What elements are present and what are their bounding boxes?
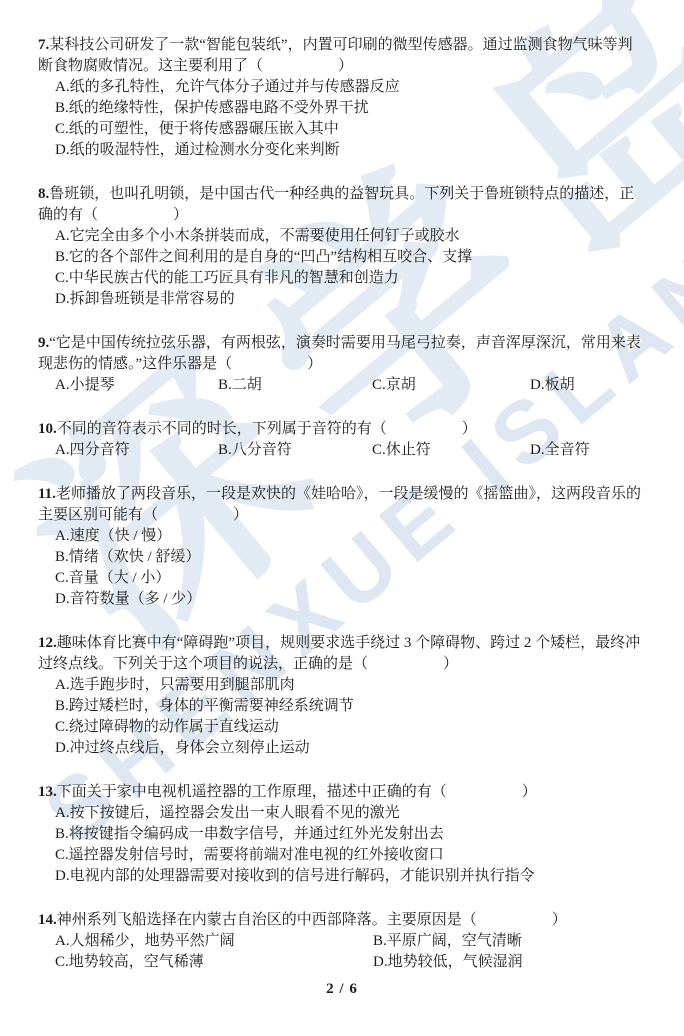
question-11: 11.老师播放了两段音乐，一段是欢快的《娃哈哈》，一段是缓慢的《摇篮曲》，这两段…	[38, 484, 646, 610]
option-d: D.地势较低，气候湿润	[373, 952, 646, 973]
question-number: 7.	[38, 37, 49, 53]
question-stem-text: 某科技公司研发了一款“智能包装纸”，内置可印刷的微型传感器。通过监测食物气味等判…	[38, 37, 633, 74]
option-c: C.纸的可塑性，便于将传感器碾压嵌入其中	[55, 119, 646, 140]
question-number: 13.	[38, 784, 57, 800]
options-group: A.人烟稀少，地势平然广阔 B.平原广阔，空气清晰 C.地势较高，空气稀薄 D.…	[55, 931, 646, 973]
question-stem-text: 下面关于家中电视机遥控器的工作原理，描述中正确的有（ ）	[57, 784, 537, 800]
question-stem-text: “它是中国传统拉弦乐器，有两根弦，演奏时需要用马尾弓拉奏，声音浑厚深沉，常用来表…	[38, 335, 641, 372]
options-group: A.按下按键后，遥控器会发出一束人眼看不见的激光 B.将按键指令编码成一串数字信…	[38, 803, 646, 887]
question-stem: 14.神州系列飞船选择在内蒙古自治区的中西部降落。主要原因是（ ）	[38, 910, 646, 931]
option-d: D.板胡	[530, 375, 646, 396]
options-group: A.小提琴 B.二胡 C.京胡 D.板胡	[55, 375, 646, 396]
exam-page: 深学岛 SHENXUE ISLAND 7.某科技公司研发了一款“智能包装纸”，内…	[0, 0, 684, 1036]
question-7: 7.某科技公司研发了一款“智能包装纸”，内置可印刷的微型传感器。通过监测食物气味…	[38, 35, 646, 161]
option-b: B.跨过矮栏时，身体的平衡需要神经系统调节	[55, 696, 646, 717]
option-a: A.小提琴	[55, 375, 218, 396]
question-number: 11.	[38, 486, 56, 502]
page-footer: 2 / 6	[0, 981, 684, 998]
option-a: A.四分音符	[55, 440, 218, 461]
options-group: A.它完全由多个小木条拼装而成，不需要使用任何钉子或胶水 B.它的各个部件之间利…	[38, 226, 646, 310]
question-9: 9.“它是中国传统拉弦乐器，有两根弦，演奏时需要用马尾弓拉奏，声音浑厚深沉，常用…	[38, 333, 646, 396]
option-b: B.二胡	[218, 375, 372, 396]
question-stem: 12.趣味体育比赛中有“障碍跑”项目，规则要求选手绕过 3 个障碍物、跨过 2 …	[38, 633, 646, 675]
question-stem-text: 老师播放了两段音乐，一段是欢快的《娃哈哈》，一段是缓慢的《摇篮曲》，这两段音乐的…	[38, 486, 641, 523]
option-b: B.纸的绝缘特性，保护传感器电路不受外界干扰	[55, 98, 646, 119]
question-stem: 9.“它是中国传统拉弦乐器，有两根弦，演奏时需要用马尾弓拉奏，声音浑厚深沉，常用…	[38, 333, 646, 375]
option-b: B.八分音符	[218, 440, 372, 461]
option-a: A.它完全由多个小木条拼装而成，不需要使用任何钉子或胶水	[55, 226, 646, 247]
option-a: A.速度（快 / 慢）	[55, 526, 646, 547]
option-d: D.音符数量（多 / 少）	[55, 589, 646, 610]
question-stem-text: 趣味体育比赛中有“障碍跑”项目，规则要求选手绕过 3 个障碍物、跨过 2 个矮栏…	[38, 635, 640, 672]
option-d: D.纸的吸湿特性，通过检测水分变化来判断	[55, 140, 646, 161]
question-number: 9.	[38, 335, 49, 351]
option-a: A.按下按键后，遥控器会发出一束人眼看不见的激光	[55, 803, 646, 824]
options-group: A.纸的多孔特性，允许气体分子通过并与传感器反应 B.纸的绝缘特性，保护传感器电…	[38, 77, 646, 161]
option-c: C.绕过障碍物的动作属于直线运动	[55, 717, 646, 738]
options-group: A.四分音符 B.八分音符 C.休止符 D.全音符	[55, 440, 646, 461]
option-d: D.电视内部的处理器需要对接收到的信号进行解码，才能识别并执行指令	[55, 866, 646, 887]
option-c: C.遥控器发射信号时，需要将前端对准电视的红外接收窗口	[55, 845, 646, 866]
question-8: 8.鲁班锁，也叫孔明锁，是中国古代一种经典的益智玩具。下列关于鲁班锁特点的描述，…	[38, 184, 646, 310]
question-stem-text: 鲁班锁，也叫孔明锁，是中国古代一种经典的益智玩具。下列关于鲁班锁特点的描述，正确…	[38, 186, 634, 223]
page-number: 2 / 6	[326, 981, 358, 997]
question-number: 10.	[38, 421, 57, 437]
option-a: A.人烟稀少，地势平然广阔	[55, 931, 373, 952]
option-b: B.它的各个部件之间利用的是自身的“凹凸”结构相互咬合、支撑	[55, 247, 646, 268]
option-d: D.全音符	[530, 440, 646, 461]
option-c: C.音量（大 / 小）	[55, 568, 646, 589]
option-c: C.地势较高，空气稀薄	[55, 952, 373, 973]
question-number: 12.	[38, 635, 57, 651]
question-13: 13.下面关于家中电视机遥控器的工作原理，描述中正确的有（ ） A.按下按键后，…	[38, 782, 646, 887]
option-c: C.休止符	[372, 440, 530, 461]
questions-list: 7.某科技公司研发了一款“智能包装纸”，内置可印刷的微型传感器。通过监测食物气味…	[0, 0, 684, 973]
question-stem: 11.老师播放了两段音乐，一段是欢快的《娃哈哈》，一段是缓慢的《摇篮曲》，这两段…	[38, 484, 646, 526]
option-a: A.纸的多孔特性，允许气体分子通过并与传感器反应	[55, 77, 646, 98]
option-b: B.平原广阔，空气清晰	[373, 931, 646, 952]
question-stem: 10.不同的音符表示不同的时长，下列属于音符的有（ ）	[38, 419, 646, 440]
option-d: D.冲过终点线后，身体会立刻停止运动	[55, 738, 646, 759]
question-number: 8.	[38, 186, 49, 202]
option-c: C.京胡	[372, 375, 530, 396]
option-c: C.中华民族古代的能工巧匠具有非凡的智慧和创造力	[55, 268, 646, 289]
question-stem: 7.某科技公司研发了一款“智能包装纸”，内置可印刷的微型传感器。通过监测食物气味…	[38, 35, 646, 77]
question-stem: 8.鲁班锁，也叫孔明锁，是中国古代一种经典的益智玩具。下列关于鲁班锁特点的描述，…	[38, 184, 646, 226]
question-stem: 13.下面关于家中电视机遥控器的工作原理，描述中正确的有（ ）	[38, 782, 646, 803]
options-group: A.选手跑步时，只需要用到腿部肌肉 B.跨过矮栏时，身体的平衡需要神经系统调节 …	[38, 675, 646, 759]
option-a: A.选手跑步时，只需要用到腿部肌肉	[55, 675, 646, 696]
question-stem-text: 不同的音符表示不同的时长，下列属于音符的有（ ）	[57, 421, 477, 437]
question-14: 14.神州系列飞船选择在内蒙古自治区的中西部降落。主要原因是（ ） A.人烟稀少…	[38, 910, 646, 973]
option-d: D.拆卸鲁班锁是非常容易的	[55, 289, 646, 310]
option-b: B.情绪（欢快 / 舒缓）	[55, 547, 646, 568]
question-stem-text: 神州系列飞船选择在内蒙古自治区的中西部降落。主要原因是（ ）	[57, 912, 567, 928]
options-group: A.速度（快 / 慢） B.情绪（欢快 / 舒缓） C.音量（大 / 小） D.…	[38, 526, 646, 610]
question-number: 14.	[38, 912, 57, 928]
option-b: B.将按键指令编码成一串数字信号，并通过红外光发射出去	[55, 824, 646, 845]
question-12: 12.趣味体育比赛中有“障碍跑”项目，规则要求选手绕过 3 个障碍物、跨过 2 …	[38, 633, 646, 759]
question-10: 10.不同的音符表示不同的时长，下列属于音符的有（ ） A.四分音符 B.八分音…	[38, 419, 646, 461]
